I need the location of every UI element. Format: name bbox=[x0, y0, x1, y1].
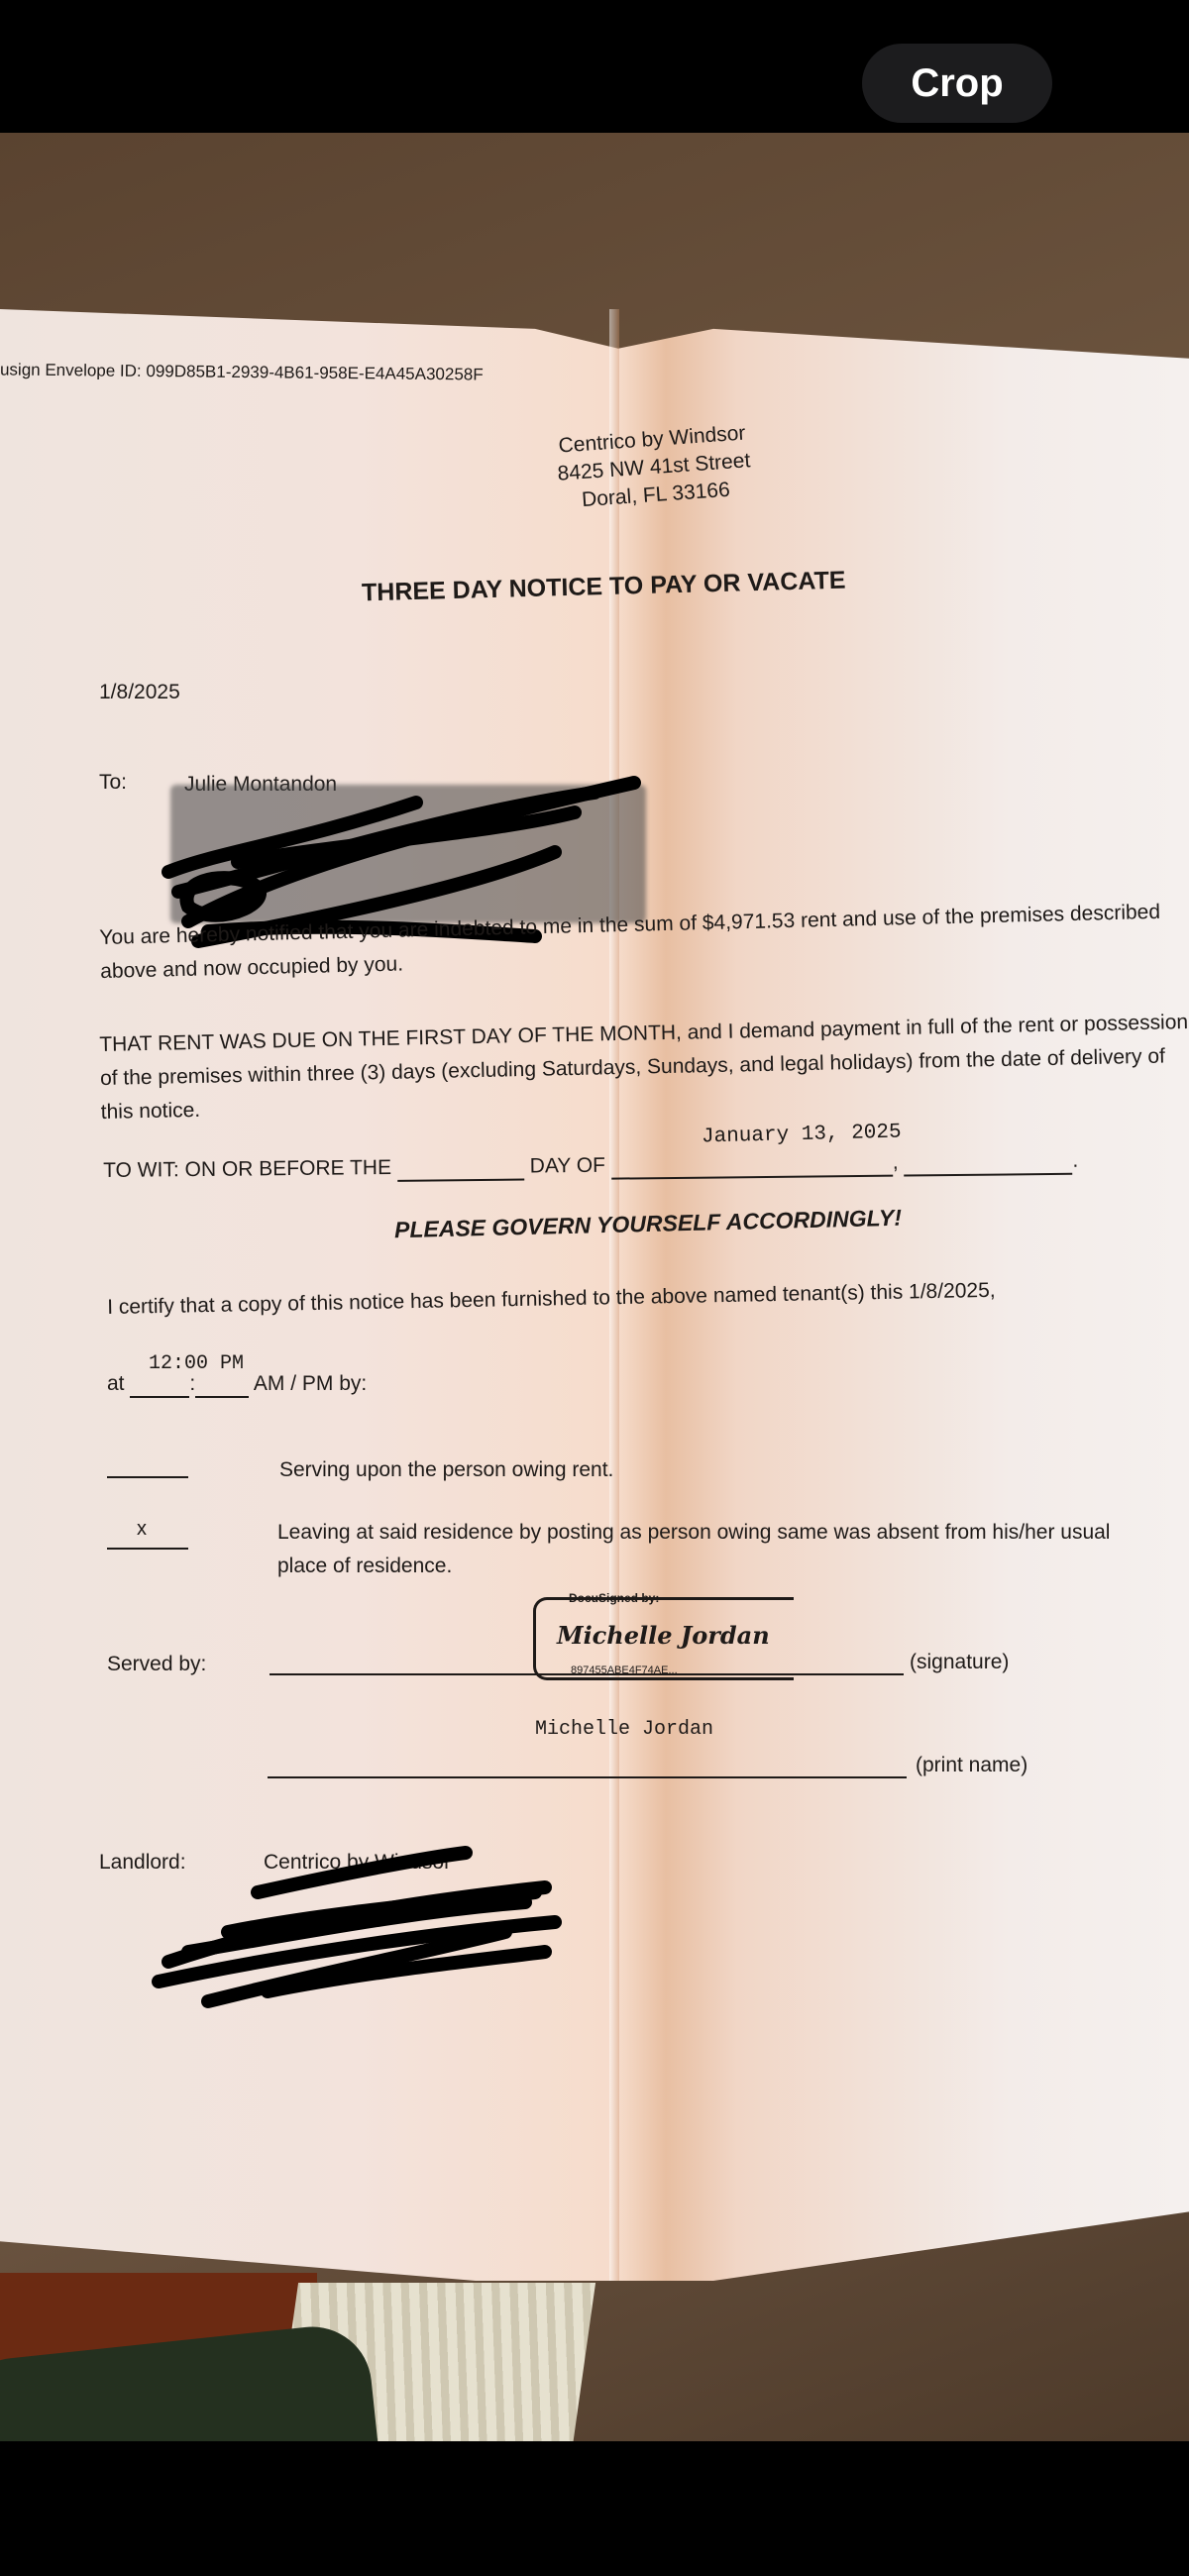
signature: Michelle Jordan bbox=[557, 1621, 770, 1650]
bottom-bar bbox=[0, 2441, 1189, 2576]
at-prefix: at bbox=[107, 1372, 125, 1395]
to-wit-day-of: DAY OF bbox=[530, 1154, 605, 1178]
month-blank bbox=[611, 1151, 893, 1180]
service-option-blank bbox=[107, 1476, 188, 1478]
served-by-label: Served by: bbox=[107, 1653, 206, 1676]
year-blank bbox=[904, 1149, 1072, 1177]
notice-date: 1/8/2025 bbox=[99, 681, 180, 704]
to-wit-prefix: TO WIT: ON OR BEFORE THE bbox=[103, 1156, 391, 1182]
service-option-blank bbox=[107, 1548, 188, 1550]
print-name-line bbox=[268, 1776, 907, 1778]
top-toolbar: Crop bbox=[0, 0, 1189, 133]
print-name-label: (print name) bbox=[916, 1754, 1027, 1777]
due-date-typed: January 13, 2025 bbox=[702, 1122, 902, 1149]
signature-line bbox=[270, 1673, 904, 1675]
day-blank bbox=[397, 1155, 524, 1182]
service-option-label: Leaving at said residence by posting as … bbox=[277, 1516, 1130, 1583]
docusign-label: DocuSigned by: bbox=[569, 1591, 659, 1605]
service-option-label: Serving upon the person owing rent. bbox=[279, 1458, 613, 1482]
print-name-typed: Michelle Jordan bbox=[535, 1718, 713, 1741]
service-option-mark: x bbox=[137, 1518, 147, 1541]
service-time-line: at : AM / PM by: bbox=[107, 1372, 367, 1398]
signature-label: (signature) bbox=[910, 1651, 1009, 1674]
redaction-scribble bbox=[149, 1833, 565, 2011]
at-suffix: AM / PM by: bbox=[254, 1372, 367, 1395]
crop-button[interactable]: Crop bbox=[862, 44, 1052, 123]
to-label: To: bbox=[99, 771, 127, 795]
minute-blank bbox=[195, 1372, 249, 1398]
hour-blank bbox=[130, 1372, 189, 1398]
